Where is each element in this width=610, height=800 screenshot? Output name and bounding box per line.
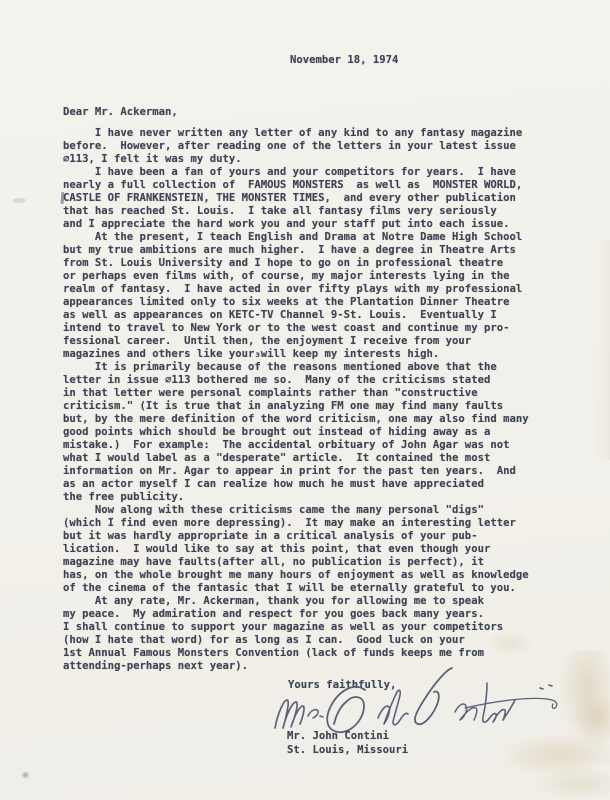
letter-line: (which I find even more depressing). It … bbox=[63, 517, 529, 530]
letter-line: good points which should be brought out … bbox=[63, 426, 529, 439]
paper-stain bbox=[594, 240, 610, 460]
letter-line: what I would label as a "desperate" arti… bbox=[63, 452, 529, 465]
letter-line: but my true ambitions are much higher. I… bbox=[63, 244, 529, 257]
letter-line: letter in issue ∅113 bothered me so. Man… bbox=[63, 374, 529, 387]
letter-line: has, on the whole brought me many hours … bbox=[63, 569, 529, 582]
letter-line: information on Mr. Agar to appear in pri… bbox=[63, 465, 529, 478]
letter-line: lication. I would like to say at this po… bbox=[63, 543, 529, 556]
letter-line: but, by the mere definition of the word … bbox=[63, 413, 529, 426]
letter-line: intend to travel to New York or to the w… bbox=[63, 322, 529, 335]
letter-line: criticism." (It is true that in analyzin… bbox=[63, 400, 529, 413]
letter-line: ∅113, I felt it was my duty. bbox=[63, 153, 529, 166]
letter-line: fessional career. Until then, the enjoym… bbox=[63, 335, 529, 348]
letter-line: appearances limited only to six weeks at… bbox=[63, 296, 529, 309]
letter-line: of the cinema of the fantasic that I wil… bbox=[63, 582, 529, 595]
letter-line: or perhaps even films with, of course, m… bbox=[63, 270, 529, 283]
letter-line: magazine may have faults(after all, no p… bbox=[63, 556, 529, 569]
letter-line: the free publicity. bbox=[63, 491, 529, 504]
letter-line: nearly a full collection of FAMOUS MONST… bbox=[63, 179, 529, 192]
letter-line: as well as appearances on KETC-TV Channe… bbox=[63, 309, 529, 322]
letter-line: I have never written any letter of any k… bbox=[63, 127, 529, 140]
letter-line: but it was hardly appropriate in a criti… bbox=[63, 530, 529, 543]
letter-line: in that letter were personal complaints … bbox=[63, 387, 529, 400]
paper-stain bbox=[536, 768, 610, 800]
typed-signature-location: St. Louis, Missouri bbox=[287, 744, 408, 757]
letter-line: I have been a fan of yours and your comp… bbox=[63, 166, 529, 179]
letter-line: Now along with these criticisms came the… bbox=[63, 504, 529, 517]
letter-line: realm of fantasy. I have acted in over f… bbox=[63, 283, 529, 296]
ink-smudge bbox=[21, 771, 30, 779]
letter-line: It is primarily because of the reasons m… bbox=[63, 361, 529, 374]
salutation: Dear Mr. Ackerman, bbox=[63, 106, 178, 119]
pencil-smudge bbox=[13, 198, 26, 203]
letter-line: as an actor myself I can realize how muc… bbox=[63, 478, 529, 491]
letter-line: and I appreciate the hard work you and y… bbox=[63, 218, 529, 231]
letter-line: magazines and others like your₃will keep… bbox=[63, 348, 529, 361]
letter-line: that has reached St. Louis. I take all f… bbox=[63, 205, 529, 218]
letter-line: At the present, I teach English and Dram… bbox=[63, 231, 529, 244]
letter-line: I shall continue to support your magazin… bbox=[63, 621, 529, 634]
typed-signature-name: Mr. John Contini bbox=[287, 730, 389, 743]
letter-line: At any rate, Mr. Ackerman, thank you for… bbox=[63, 595, 529, 608]
letter-line: before. However, after reading one of th… bbox=[63, 140, 529, 153]
letter-date: November 18, 1974 bbox=[290, 54, 398, 67]
letter-body: I have never written any letter of any k… bbox=[63, 127, 529, 673]
letter-line: from St. Louis University and I hope to … bbox=[63, 257, 529, 270]
letter-line: mistake.) For example: The accidental or… bbox=[63, 439, 529, 452]
letter-line: my peace. My admiration and respect for … bbox=[63, 608, 529, 621]
letter-line: CASTLE OF FRANKENSTEIN, THE MONSTER TIME… bbox=[63, 192, 529, 205]
scanned-letter-page: November 18, 1974 Dear Mr. Ackerman, I h… bbox=[0, 0, 610, 800]
letter-line: (how I hate that word) for as long as I … bbox=[63, 634, 529, 647]
